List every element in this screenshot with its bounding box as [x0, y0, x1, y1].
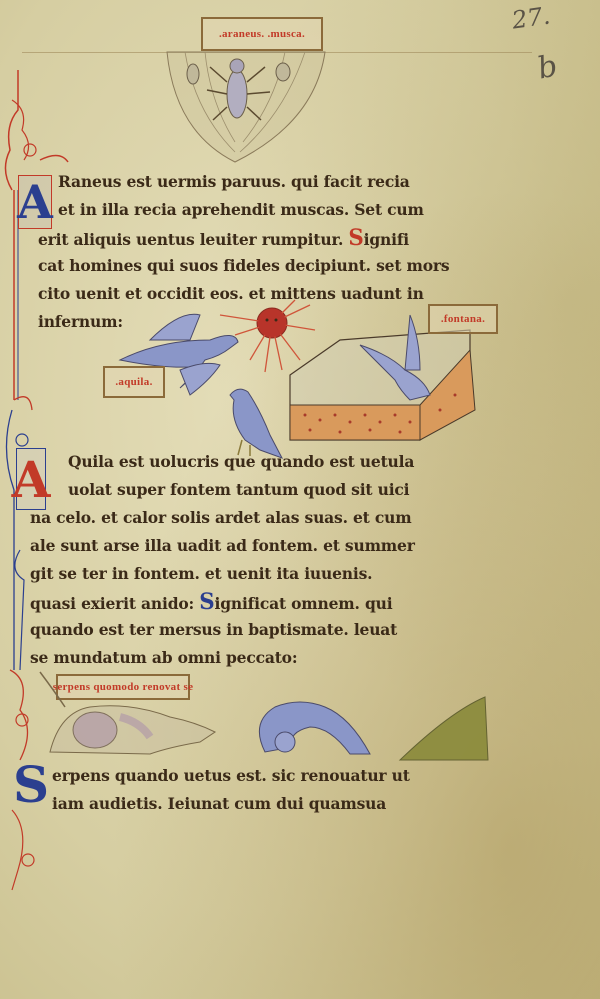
text-line: na celo. et calor solis ardet alas suas.… [30, 504, 486, 532]
text-line: cat homines qui suos fideles decipiunt. … [38, 252, 494, 280]
eagle-caption: .aquila. [103, 366, 165, 398]
text-line: ale sunt arse illa uadit ad fontem. et s… [30, 532, 486, 560]
text-line: quasi exierit anido: Significat omnem. q… [30, 588, 486, 616]
serpent-scene [30, 692, 490, 762]
green-rock-icon [400, 697, 488, 760]
blue-serpent-icon [259, 702, 370, 754]
section-aquila: Quila est uolucris que quando est uetula… [68, 448, 538, 504]
shelfmark-note: b [535, 48, 561, 86]
text-line: quando est ter mersus in baptismate. leu… [30, 616, 486, 644]
fountain-caption-text: .fontana. [441, 313, 485, 325]
text-line: iam audietis. Ieiunat cum dui quamsua [52, 790, 508, 818]
initial-s-blue: S [14, 757, 48, 811]
initial-letter: S [13, 755, 49, 814]
folio-number: 27. [510, 1, 552, 34]
initial-letter: A [17, 175, 53, 229]
text-line: erpens quando uetus est. sic renouatur u… [52, 762, 508, 790]
section-aquila-cont: na celo. et calor solis ardet alas suas.… [30, 504, 500, 672]
eagle-caption-text: .aquila. [115, 376, 152, 388]
text-span: quasi exierit anido: [30, 594, 194, 613]
spider-caption: .araneus. .musca. [201, 17, 323, 51]
rubric-s: S [348, 225, 363, 251]
text-span: erit aliquis uentus leuiter rumpitur. [38, 230, 343, 249]
text-line: se mundatum ab omni peccato: [30, 644, 486, 672]
section-araneus: Raneus est uermis paruus. qui facit reci… [58, 168, 528, 224]
initial-letter: A [12, 450, 51, 509]
fountain-caption: .fontana. [428, 304, 498, 334]
text-span: ignificat omnem. qui [215, 594, 393, 613]
sun-face-icon [220, 300, 315, 372]
text-line: erit aliquis uentus leuiter rumpitur. Si… [38, 224, 494, 252]
text-line: et in illa recia aprehendit muscas. Set … [58, 196, 514, 224]
spider-web-icon [165, 52, 335, 162]
rubric-s: S [199, 589, 214, 615]
spider-caption-text: .araneus. .musca. [219, 28, 305, 40]
initial-a-blue: A [18, 175, 52, 229]
section-serpens: erpens quando uetus est. sic renouatur u… [52, 762, 522, 818]
manuscript-page: 27. b .araneus. .musca. [0, 0, 600, 999]
text-line: uolat super fontem tantum quod sit uici [68, 476, 524, 504]
text-line: git se ter in fontem. et uenit ita iuuen… [30, 560, 486, 588]
text-span: ignifi [364, 230, 409, 249]
initial-a-red: A [16, 448, 46, 510]
text-line: Raneus est uermis paruus. qui facit reci… [58, 168, 514, 196]
fountain-icon [290, 330, 475, 440]
text-line: Quila est uolucris que quando est uetula [68, 448, 524, 476]
